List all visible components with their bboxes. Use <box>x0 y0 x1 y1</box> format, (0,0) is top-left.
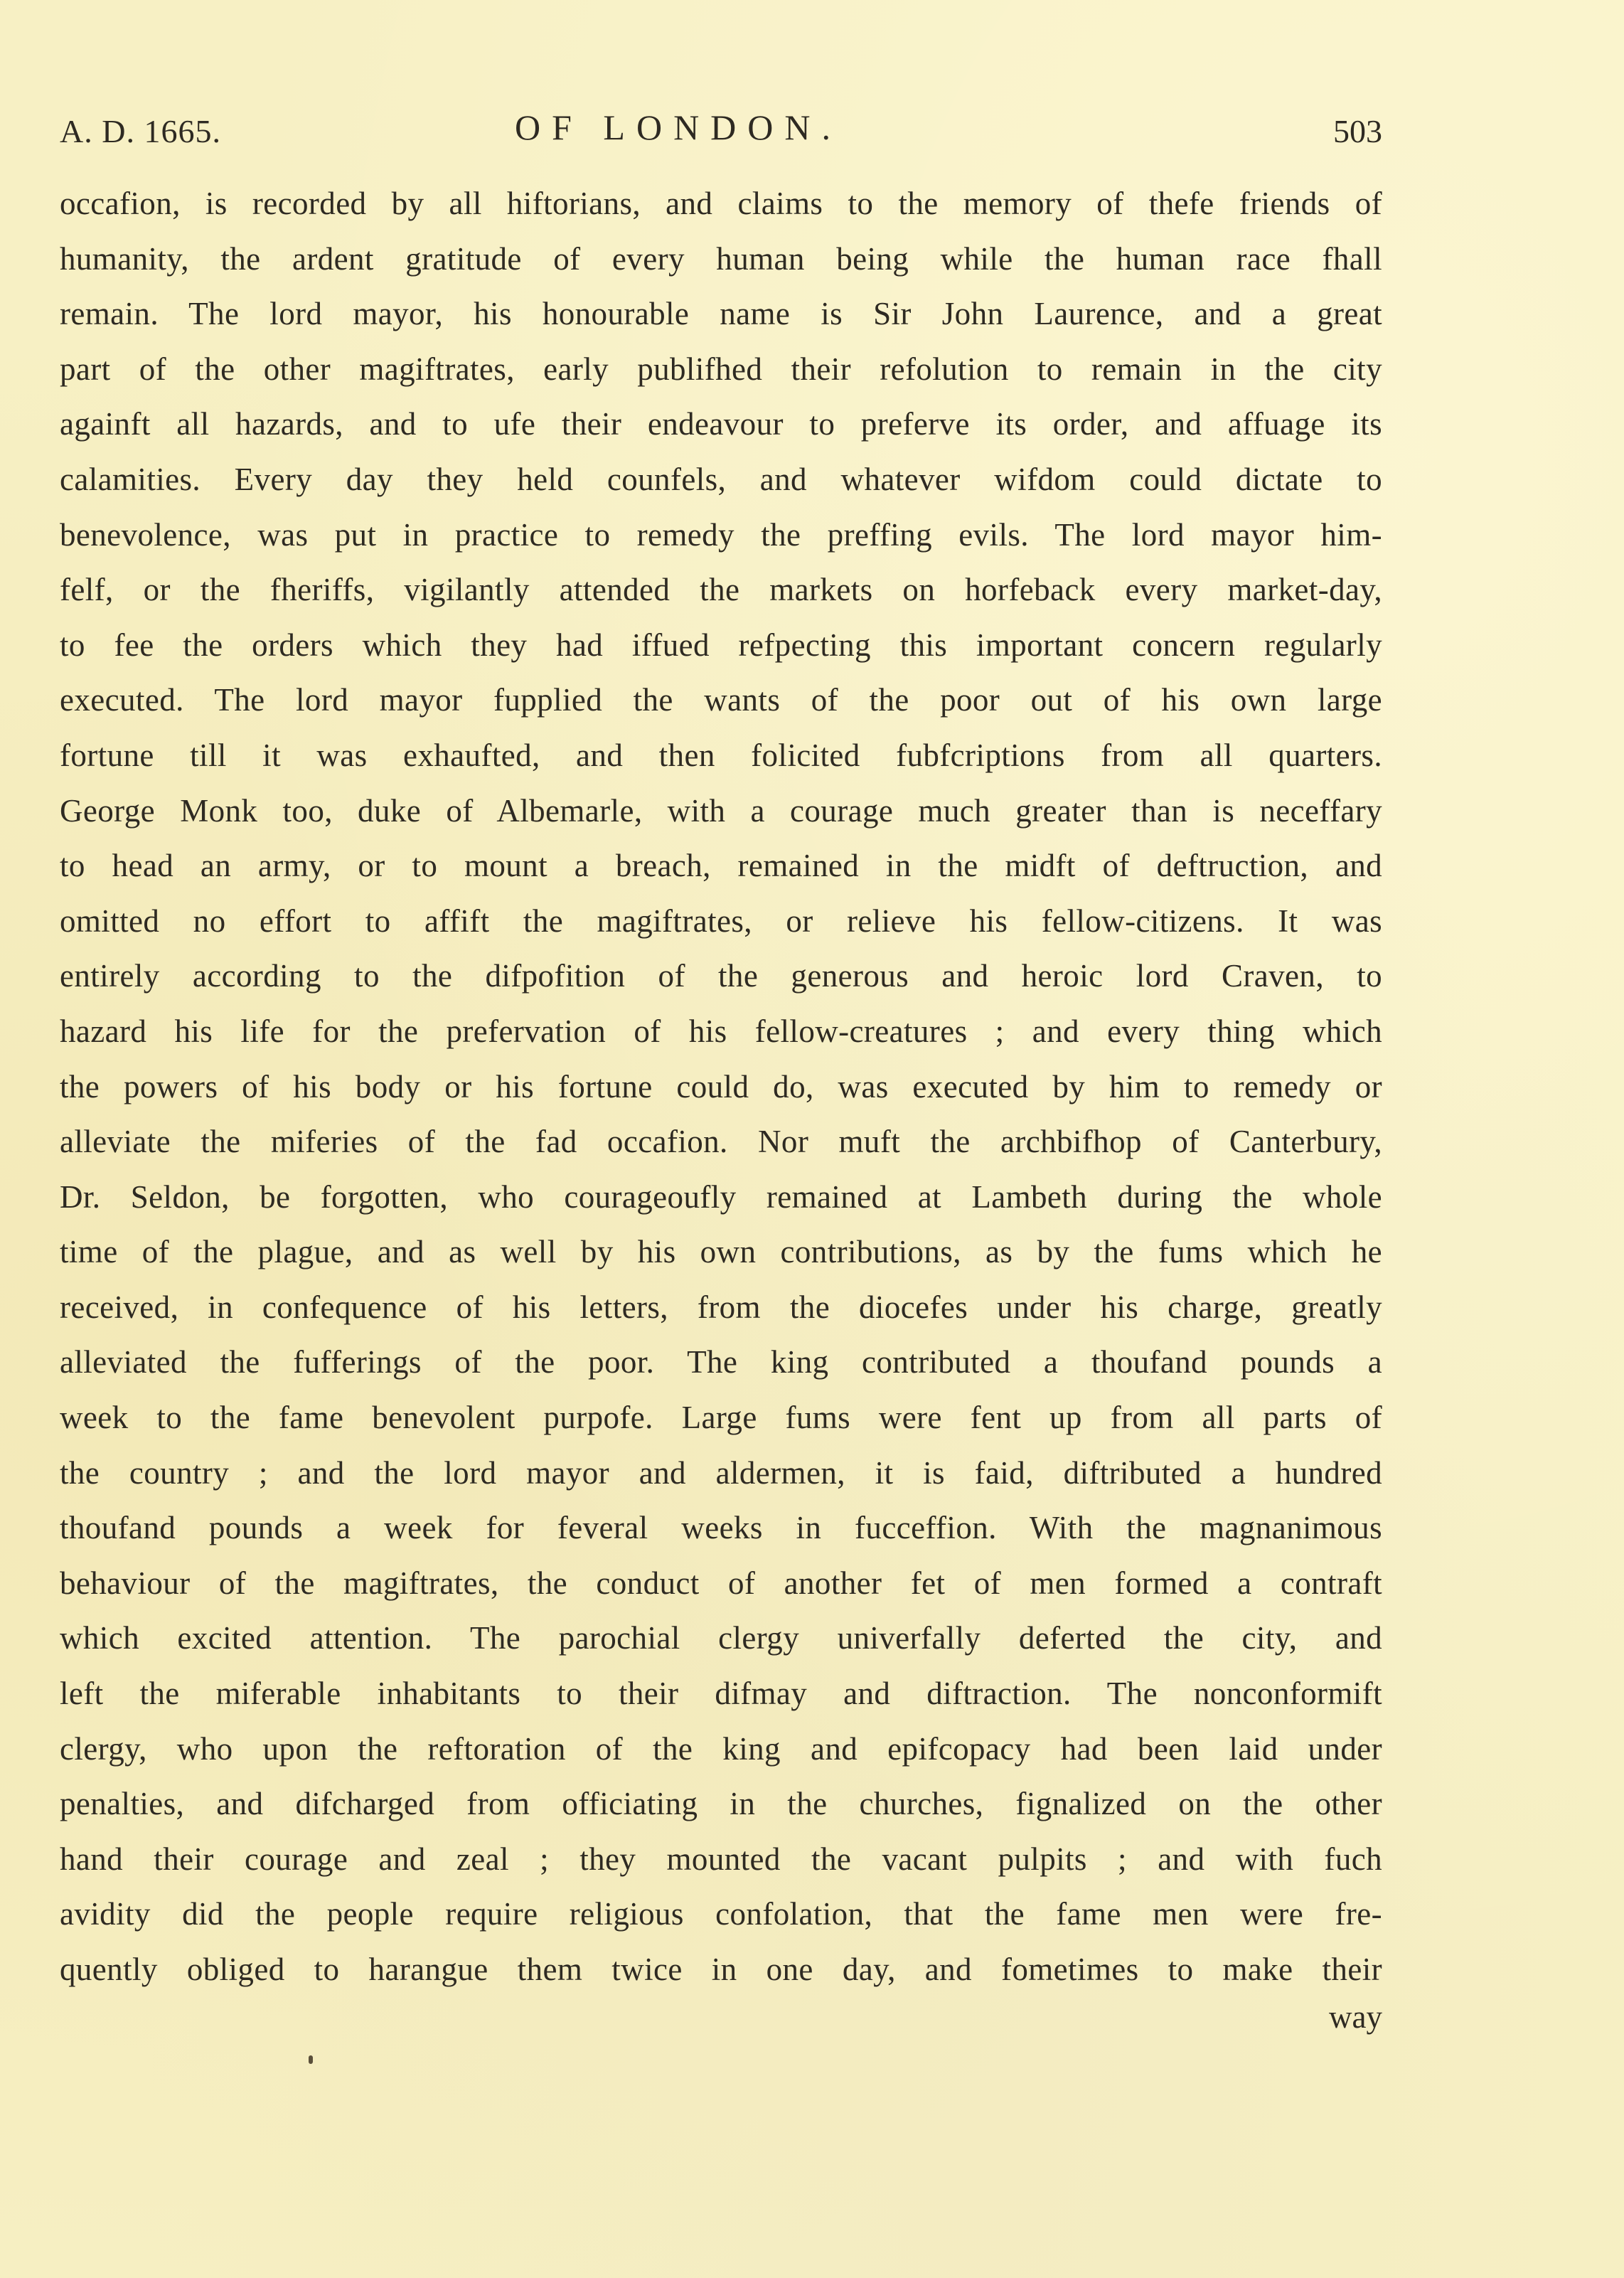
running-head-title: OF LONDON. <box>515 107 842 148</box>
text-line: occafion, is recorded by all hiftorians,… <box>60 176 1382 232</box>
text-line: penalties, and difcharged from officiati… <box>60 1777 1382 1832</box>
text-line: felf, or the fheriffs, vigilantly attend… <box>60 563 1382 618</box>
running-head: A. D. 1665. OF LONDON. 503 <box>60 107 1382 156</box>
text-line: avidity did the people require religious… <box>60 1887 1382 1942</box>
text-line: to fee the orders which they had iffued … <box>60 618 1382 674</box>
catchword: way <box>1329 1990 1382 2045</box>
text-line: which excited attention. The parochial c… <box>60 1611 1382 1666</box>
text-line: fortune till it was exhaufted, and then … <box>60 728 1382 784</box>
text-line: behaviour of the magiftrates, the conduc… <box>60 1556 1382 1612</box>
body-text: occafion, is recorded by all hiftorians,… <box>60 176 1382 1998</box>
text-line: hand their courage and zeal ; they mount… <box>60 1832 1382 1888</box>
text-line: alleviate the miferies of the fad occafi… <box>60 1114 1382 1170</box>
text-line: the powers of his body or his fortune co… <box>60 1060 1382 1115</box>
text-line: againft all hazards, and to ufe their en… <box>60 397 1382 452</box>
text-line: received, in confequence of his letters,… <box>60 1280 1382 1336</box>
text-line: hazard his life for the prefervation of … <box>60 1004 1382 1060</box>
text-line: left the miferable inhabitants to their … <box>60 1666 1382 1722</box>
paper-speck <box>309 2055 313 2064</box>
text-line: calamities. Every day they held counfels… <box>60 452 1382 508</box>
text-line: Dr. Seldon, be forgotten, who courageouf… <box>60 1170 1382 1225</box>
text-line: benevolence, was put in practice to reme… <box>60 508 1382 563</box>
text-line: thoufand pounds a week for feveral weeks… <box>60 1501 1382 1556</box>
text-line: clergy, who upon the reftoration of the … <box>60 1722 1382 1777</box>
text-line: omitted no effort to affift the magiftra… <box>60 894 1382 949</box>
text-line: time of the plague, and as well by his o… <box>60 1225 1382 1280</box>
text-line: to head an army, or to mount a breach, r… <box>60 839 1382 894</box>
text-line: executed. The lord mayor fupplied the wa… <box>60 673 1382 728</box>
text-line: humanity, the ardent gratitude of every … <box>60 232 1382 287</box>
text-line: entirely according to the difpofition of… <box>60 949 1382 1004</box>
text-line: week to the fame benevolent purpofe. Lar… <box>60 1390 1382 1446</box>
running-head-year: A. D. 1665. <box>60 112 221 150</box>
page-number: 503 <box>1333 112 1382 150</box>
text-line: alleviated the fufferings of the poor. T… <box>60 1335 1382 1390</box>
text-line: remain. The lord mayor, his honourable n… <box>60 287 1382 342</box>
book-page: A. D. 1665. OF LONDON. 503 occafion, is … <box>0 0 1624 2278</box>
text-line: George Monk too, duke of Albemarle, with… <box>60 784 1382 839</box>
text-line: quently obliged to harangue them twice i… <box>60 1942 1382 1998</box>
text-line: the country ; and the lord mayor and ald… <box>60 1446 1382 1501</box>
text-line: part of the other magiftrates, early pub… <box>60 342 1382 398</box>
